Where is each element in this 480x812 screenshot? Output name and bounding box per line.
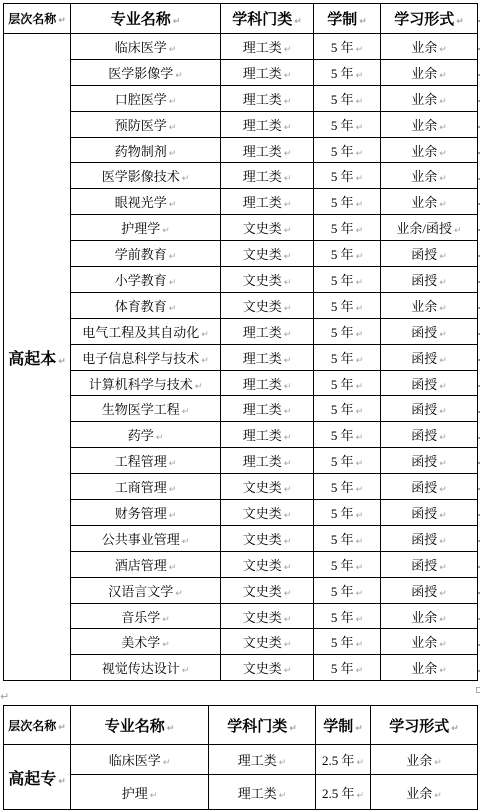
paragraph-mark-icon: ↵ — [163, 758, 171, 768]
table-row: 电气工程及其自动化↵理工类↵5 年↵函授↵ — [4, 318, 478, 344]
major-cell: 药学↵ — [71, 422, 221, 448]
paragraph-mark-icon: ↵ — [169, 459, 177, 469]
cell-text: 业余 — [411, 92, 437, 107]
cell-text: 业余 — [411, 610, 437, 625]
paragraph-mark-icon: ↵ — [284, 485, 292, 495]
paragraph-mark-icon: ↵ — [356, 791, 364, 801]
header-text: 学习形式 — [394, 12, 454, 28]
cell-text: 5 年 — [331, 480, 354, 495]
paragraph-mark-icon: ↵ — [169, 97, 177, 107]
category-cell: 理工类↵ — [221, 59, 314, 85]
paragraph-mark-icon: ↵ — [182, 174, 190, 184]
cell-text: 理工类 — [243, 169, 282, 184]
major-cell: 药物制剂↵ — [71, 137, 221, 163]
form-cell: 业余↵ — [381, 137, 478, 163]
paragraph-mark-icon: ↵ — [356, 615, 364, 625]
header-text: 学科门类 — [232, 12, 292, 28]
paragraph-mark-icon: ↵ — [169, 511, 177, 521]
header-cell-category: 学科门类↵ — [209, 706, 316, 745]
cell-text: 文史类 — [243, 480, 282, 495]
header-cell-form: 学习形式↵ — [371, 706, 478, 745]
paragraph-mark-icon: ↵ — [182, 666, 190, 676]
cell-text: 护理学 — [121, 221, 160, 236]
cell-text: 理工类 — [243, 351, 282, 366]
cell-text: 业余/函授 — [396, 221, 452, 236]
paragraph-mark-icon: ↵ — [162, 226, 170, 236]
cell-text: 业余 — [411, 299, 437, 314]
duration-cell: 5 年↵ — [314, 396, 381, 422]
cell-text: 业余 — [411, 195, 437, 210]
category-cell: 理工类↵ — [221, 318, 314, 344]
form-cell: 业余↵ — [381, 111, 478, 137]
header-text: 学习形式 — [389, 719, 449, 735]
paragraph-mark-icon: ↵ — [284, 226, 292, 236]
cell-text: 函授 — [411, 402, 437, 417]
form-cell: 业余↵ — [381, 85, 478, 111]
cell-text: 业余 — [411, 40, 437, 55]
duration-cell: 5 年↵ — [314, 34, 381, 60]
cell-text: 生物医学工程 — [102, 402, 180, 417]
cell-text: 5 年 — [331, 558, 354, 573]
header-text: 层次名称 — [8, 12, 56, 26]
paragraph-mark-icon: ↵ — [356, 45, 364, 55]
category-cell: 文史类↵ — [221, 474, 314, 500]
paragraph-mark-icon: ↵ — [284, 330, 292, 340]
table-row: 生物医学工程↵理工类↵5 年↵函授↵ — [4, 396, 478, 422]
paragraph-mark-icon: ↵ — [284, 511, 292, 521]
cell-text: 护理 — [122, 786, 148, 801]
cell-text: 高起本 — [8, 351, 56, 368]
paragraph-mark-icon: ↵ — [439, 589, 447, 599]
form-cell: 函授↵ — [381, 577, 478, 603]
cell-text: 函授 — [411, 532, 437, 547]
paragraph-mark-icon: ↵ — [439, 149, 447, 159]
cell-text: 文史类 — [243, 661, 282, 676]
paragraph-mark-icon: ↵ — [162, 615, 170, 625]
duration-cell: 5 年↵ — [314, 474, 381, 500]
table-row: 财务管理↵文史类↵5 年↵函授↵ — [4, 500, 478, 526]
paragraph-mark-icon: ↵ — [439, 252, 447, 262]
cell-text: 电气工程及其自动化 — [82, 325, 199, 340]
paragraph-mark-icon: ↵ — [201, 330, 209, 340]
header-cell-category: 学科门类↵ — [221, 4, 314, 34]
cell-text: 文史类 — [243, 299, 282, 314]
paragraph-mark-icon: ↵ — [439, 511, 447, 521]
paragraph-mark-icon: ↵ — [356, 537, 364, 547]
cell-text: 5 年 — [331, 402, 354, 417]
paragraph-mark-icon: ↵ — [439, 304, 447, 314]
cell-text: 5 年 — [331, 273, 354, 288]
paragraph-mark-icon: ↵ — [169, 45, 177, 55]
paragraph-mark-icon: ↵ — [356, 226, 364, 236]
paragraph-mark-icon: ↵ — [0, 690, 9, 703]
cell-text: 业余 — [406, 753, 432, 768]
paragraph-mark-icon: ↵ — [451, 724, 459, 734]
major-cell: 临床医学↵ — [71, 745, 209, 775]
paragraph-mark-icon: ↵ — [356, 356, 364, 366]
cell-text: 文史类 — [243, 506, 282, 521]
paragraph-mark-icon: ↵ — [356, 459, 364, 469]
cell-text: 5 年 — [331, 40, 354, 55]
cell-text: 函授 — [411, 273, 437, 288]
paragraph-mark-icon: ↵ — [439, 330, 447, 340]
form-cell: 函授↵ — [381, 267, 478, 293]
paragraph-mark-icon: ↵ — [175, 589, 183, 599]
duration-cell: 5 年↵ — [314, 655, 381, 681]
paragraph-mark-icon: ↵ — [356, 149, 364, 159]
paragraph-mark-icon: ↵ — [439, 407, 447, 417]
form-cell: 函授↵ — [381, 422, 478, 448]
paragraph-mark-icon: ↵ — [434, 791, 442, 801]
cell-text: 5 年 — [331, 532, 354, 547]
cell-text: 函授 — [411, 247, 437, 262]
duration-cell: 2.5 年↵ — [316, 775, 371, 810]
paragraph-mark-icon: ↵ — [284, 97, 292, 107]
paragraph-mark-icon: ↵ — [356, 485, 364, 495]
paragraph-mark-icon: ↵ — [169, 123, 177, 133]
major-cell: 财务管理↵ — [71, 500, 221, 526]
cell-text: 5 年 — [331, 635, 354, 650]
form-cell: 函授↵ — [381, 474, 478, 500]
paragraph-mark-icon: ↵ — [439, 485, 447, 495]
cell-text: 函授 — [411, 480, 437, 495]
major-cell: 护理学↵ — [71, 215, 221, 241]
cell-text: 5 年 — [331, 610, 354, 625]
paragraph-mark-icon: ↵ — [356, 252, 364, 262]
cell-text: 5 年 — [331, 428, 354, 443]
paragraph-mark-icon: ↵ — [439, 563, 447, 573]
paragraph-mark-icon: ↵ — [439, 666, 447, 676]
category-cell: 理工类↵ — [209, 745, 316, 775]
duration-cell: 5 年↵ — [314, 59, 381, 85]
paragraph-mark-icon: ↵ — [58, 16, 66, 26]
cell-text: 函授 — [411, 325, 437, 340]
category-cell: 理工类↵ — [221, 344, 314, 370]
paragraph-mark-icon: ↵ — [195, 382, 203, 392]
category-cell: 文史类↵ — [221, 655, 314, 681]
paragraph-mark-icon: ↵ — [156, 433, 164, 443]
paragraph-mark-icon: ↵ — [284, 433, 292, 443]
paragraph-mark-icon: ↵ — [169, 563, 177, 573]
table-body: 高起专↵临床医学↵理工类↵2.5 年↵业余↵护理↵理工类↵2.5 年↵业余↵ — [4, 745, 478, 810]
cell-text: 业余 — [406, 786, 432, 801]
paragraph-mark-icon: ↵ — [356, 758, 364, 768]
category-cell: 文史类↵ — [221, 292, 314, 318]
cell-text: 眼视光学 — [115, 195, 167, 210]
cell-text: 文史类 — [243, 558, 282, 573]
category-cell: 理工类↵ — [221, 396, 314, 422]
table-row: 医学影像学↵理工类↵5 年↵业余↵ — [4, 59, 478, 85]
cell-text: 理工类 — [243, 144, 282, 159]
table-row: 药物制剂↵理工类↵5 年↵业余↵ — [4, 137, 478, 163]
form-cell: 函授↵ — [381, 396, 478, 422]
paragraph-mark-icon: ↵ — [279, 758, 287, 768]
paragraph-mark-icon: ↵ — [284, 174, 292, 184]
cell-text: 音乐学 — [121, 610, 160, 625]
cell-text: 理工类 — [243, 195, 282, 210]
duration-cell: 5 年↵ — [314, 422, 381, 448]
level-cell: 高起本↵ — [4, 34, 71, 681]
paragraph-mark-icon: ↵ — [356, 278, 364, 288]
cell-text: 业余 — [411, 635, 437, 650]
category-cell: 理工类↵ — [221, 34, 314, 60]
header-text: 学科门类 — [227, 719, 287, 735]
header-row: 层次名称↵ 专业名称↵ 学科门类↵ 学制↵ 学习形式↵ — [4, 706, 478, 745]
paragraph-mark-icon: ↵ — [439, 356, 447, 366]
paragraph-mark-icon: ↵ — [284, 666, 292, 676]
paragraph-mark-icon: ↵ — [182, 407, 190, 417]
duration-cell: 5 年↵ — [314, 189, 381, 215]
major-cell: 学前教育↵ — [71, 241, 221, 267]
cell-text: 2.5 年 — [322, 753, 355, 768]
major-cell: 电子信息科学与技术↵ — [71, 344, 221, 370]
paragraph-mark-icon: ↵ — [356, 666, 364, 676]
major-cell: 计算机科学与技术↵ — [71, 370, 221, 396]
form-cell: 函授↵ — [381, 241, 478, 267]
category-cell: 理工类↵ — [221, 370, 314, 396]
paragraph-mark-icon: ↵ — [356, 304, 364, 314]
cell-text: 函授 — [411, 454, 437, 469]
paragraph-mark-icon: ↵ — [294, 17, 302, 27]
major-cell: 预防医学↵ — [71, 111, 221, 137]
paragraph-mark-icon: ↵ — [356, 382, 364, 392]
header-cell-duration: 学制↵ — [314, 4, 381, 34]
cell-text: 小学教育 — [115, 273, 167, 288]
cell-text: 理工类 — [243, 92, 282, 107]
table-row: 小学教育↵文史类↵5 年↵函授↵ — [4, 267, 478, 293]
category-cell: 文史类↵ — [221, 629, 314, 655]
cell-text: 文史类 — [243, 584, 282, 599]
cell-text: 理工类 — [243, 40, 282, 55]
paragraph-mark-icon: ↵ — [356, 511, 364, 521]
paragraph-mark-icon: ↵ — [284, 149, 292, 159]
paragraph-mark-icon: ↵ — [284, 252, 292, 262]
duration-cell: 5 年↵ — [314, 500, 381, 526]
duration-cell: 5 年↵ — [314, 85, 381, 111]
header-cell-major: 专业名称↵ — [71, 706, 209, 745]
paragraph-mark-icon: ↵ — [356, 97, 364, 107]
paragraph-mark-icon: ↵ — [284, 278, 292, 288]
major-cell: 视觉传达设计↵ — [71, 655, 221, 681]
duration-cell: 5 年↵ — [314, 577, 381, 603]
paragraph-mark-icon: ↵ — [356, 407, 364, 417]
paragraph-mark-icon: ↵ — [279, 791, 287, 801]
form-cell: 函授↵ — [381, 370, 478, 396]
paragraph-mark-icon: ↵ — [356, 563, 364, 573]
cell-text: 美术学 — [121, 635, 160, 650]
form-cell: 业余↵ — [381, 655, 478, 681]
cell-text: 5 年 — [331, 454, 354, 469]
paragraph-mark-icon: ↵ — [284, 356, 292, 366]
paragraph-mark-icon: ↵ — [439, 382, 447, 392]
paragraph-mark-icon: ↵ — [284, 563, 292, 573]
cell-text: 5 年 — [331, 144, 354, 159]
paragraph-mark-icon: ↵ — [356, 200, 364, 210]
major-cell: 美术学↵ — [71, 629, 221, 655]
paragraph-mark-icon: ↵ — [58, 777, 66, 787]
duration-cell: 5 年↵ — [314, 370, 381, 396]
paragraph-mark-icon: ↵ — [284, 589, 292, 599]
paragraph-mark-icon: ↵ — [173, 17, 181, 27]
major-cell: 口腔医学↵ — [71, 85, 221, 111]
form-cell: 函授↵ — [381, 318, 478, 344]
paragraph-mark-icon: ↵ — [439, 174, 447, 184]
paragraph-mark-icon: ↵ — [284, 71, 292, 81]
paragraph-mark-icon: ↵ — [355, 724, 363, 734]
cell-text: 业余 — [411, 66, 437, 81]
major-cell: 生物医学工程↵ — [71, 396, 221, 422]
cell-text: 5 年 — [331, 221, 354, 236]
paragraph-mark-icon: ↵ — [284, 640, 292, 650]
category-cell: 文史类↵ — [221, 551, 314, 577]
paragraph-mark-icon: ↵ — [169, 304, 177, 314]
table-row: 汉语言文学↵文史类↵5 年↵函授↵ — [4, 577, 478, 603]
cell-text: 文史类 — [243, 635, 282, 650]
form-cell: 业余↵ — [381, 34, 478, 60]
cell-text: 计算机科学与技术 — [89, 377, 193, 392]
paragraph-mark-icon: ↵ — [439, 123, 447, 133]
paragraph-mark-icon: ↵ — [284, 407, 292, 417]
form-cell: 函授↵ — [381, 500, 478, 526]
cell-text: 理工类 — [243, 454, 282, 469]
header-text: 学制 — [323, 719, 353, 735]
category-cell: 文史类↵ — [221, 241, 314, 267]
paragraph-mark-icon: ↵ — [456, 17, 464, 27]
cell-text: 业余 — [411, 144, 437, 159]
paragraph-mark-icon: ↵ — [169, 200, 177, 210]
category-cell: 文史类↵ — [221, 215, 314, 241]
paragraph-mark-icon: ↵ — [439, 45, 447, 55]
cell-text: 临床医学 — [115, 40, 167, 55]
form-cell: 业余↵ — [381, 603, 478, 629]
header-text: 学制 — [327, 12, 357, 28]
major-cell: 工程管理↵ — [71, 448, 221, 474]
paragraph-mark-icon: ↵ — [439, 97, 447, 107]
table-row: 酒店管理↵文史类↵5 年↵函授↵ — [4, 551, 478, 577]
table-gaoqizhuan: 层次名称↵ 专业名称↵ 学科门类↵ 学制↵ 学习形式↵ 高起专↵临床医学↵理工类… — [3, 705, 478, 810]
paragraph-mark-icon: ↵ — [439, 278, 447, 288]
paragraph-mark-icon: ↵ — [356, 71, 364, 81]
paragraph-mark-icon: ↵ — [284, 304, 292, 314]
paragraph-mark-icon: ↵ — [284, 45, 292, 55]
major-cell: 公共事业管理↵ — [71, 525, 221, 551]
major-cell: 音乐学↵ — [71, 603, 221, 629]
cell-text: 理工类 — [243, 118, 282, 133]
table-row: 体育教育↵文史类↵5 年↵业余↵ — [4, 292, 478, 318]
paragraph-mark-icon: ↵ — [289, 724, 297, 734]
cell-text: 5 年 — [331, 325, 354, 340]
cell-text: 药物制剂 — [115, 144, 167, 159]
cell-text: 学前教育 — [115, 247, 167, 262]
cell-text: 函授 — [411, 584, 437, 599]
paragraph-mark-icon: ↵ — [356, 640, 364, 650]
paragraph-mark-icon: ↵ — [150, 791, 158, 801]
paragraph-mark-icon: ↵ — [175, 71, 183, 81]
form-cell: 业余↵ — [381, 189, 478, 215]
paragraph-mark-icon: ↵ — [169, 278, 177, 288]
paragraph-mark-icon: ↵ — [439, 433, 447, 443]
category-cell: 文史类↵ — [221, 525, 314, 551]
duration-cell: 5 年↵ — [314, 448, 381, 474]
cell-text: 视觉传达设计 — [102, 661, 180, 676]
major-cell: 汉语言文学↵ — [71, 577, 221, 603]
header-cell-duration: 学制↵ — [316, 706, 371, 745]
major-cell: 工商管理↵ — [71, 474, 221, 500]
paragraph-mark-icon: ↵ — [169, 485, 177, 495]
cell-text: 5 年 — [331, 247, 354, 262]
paragraph-mark-icon: ↵ — [167, 724, 175, 734]
cell-text: 工程管理 — [115, 454, 167, 469]
form-cell: 业余/函授↵ — [381, 215, 478, 241]
cell-text: 理工类 — [243, 325, 282, 340]
category-cell: 理工类↵ — [221, 137, 314, 163]
cell-text: 理工类 — [243, 402, 282, 417]
form-cell: 业余↵ — [381, 163, 478, 189]
form-cell: 业余↵ — [381, 59, 478, 85]
category-cell: 理工类↵ — [221, 163, 314, 189]
paragraph-mark-icon: ↵ — [439, 459, 447, 469]
major-cell: 体育教育↵ — [71, 292, 221, 318]
major-cell: 电气工程及其自动化↵ — [71, 318, 221, 344]
table-row: 药学↵理工类↵5 年↵函授↵ — [4, 422, 478, 448]
paragraph-mark-icon: ↵ — [439, 71, 447, 81]
cell-text: 函授 — [411, 351, 437, 366]
cell-text: 医学影像学 — [108, 66, 173, 81]
form-cell: 业余↵ — [381, 629, 478, 655]
paragraph-mark-icon: ↵ — [284, 200, 292, 210]
header-cell-level: 层次名称↵ — [4, 706, 71, 745]
table-header: 层次名称↵ 专业名称↵ 学科门类↵ 学制↵ 学习形式↵ — [4, 4, 478, 34]
form-cell: 业余↵ — [381, 292, 478, 318]
paragraph-mark-icon: ↵ — [356, 123, 364, 133]
cell-text: 业余 — [411, 661, 437, 676]
form-cell: 业余↵ — [371, 745, 478, 775]
paragraph-mark-icon: ↵ — [58, 357, 66, 367]
form-cell: 业余↵ — [371, 775, 478, 810]
cell-text: 5 年 — [331, 377, 354, 392]
cell-text: 酒店管理 — [115, 558, 167, 573]
cell-text: 5 年 — [331, 66, 354, 81]
duration-cell: 5 年↵ — [314, 551, 381, 577]
table-row: 计算机科学与技术↵理工类↵5 年↵函授↵ — [4, 370, 478, 396]
major-cell: 酒店管理↵ — [71, 551, 221, 577]
major-cell: 医学影像技术↵ — [71, 163, 221, 189]
paragraph-mark-icon: ↵ — [182, 537, 190, 547]
paragraph-mark-icon: ↵ — [439, 200, 447, 210]
paragraph-mark-icon: ↵ — [359, 17, 367, 27]
paragraph-mark-icon: ↵ — [284, 459, 292, 469]
table-row: 高起本↵临床医学↵理工类↵5 年↵业余↵ — [4, 34, 478, 60]
duration-cell: 5 年↵ — [314, 137, 381, 163]
table-row: 预防医学↵理工类↵5 年↵业余↵ — [4, 111, 478, 137]
form-cell: 函授↵ — [381, 344, 478, 370]
cell-text: 电子信息科学与技术 — [82, 351, 199, 366]
table-row: 工商管理↵文史类↵5 年↵函授↵ — [4, 474, 478, 500]
document-page: 层次名称↵ 专业名称↵ 学科门类↵ 学制↵ 学习形式↵ 高起本↵临床医学↵理工类… — [0, 0, 480, 812]
header-row: 层次名称↵ 专业名称↵ 学科门类↵ 学制↵ 学习形式↵ — [4, 4, 478, 34]
duration-cell: 5 年↵ — [314, 163, 381, 189]
cell-text: 临床医学 — [109, 753, 161, 768]
cell-text: 函授 — [411, 506, 437, 521]
paragraph-mark-icon: ↵ — [356, 433, 364, 443]
cell-text: 5 年 — [331, 195, 354, 210]
category-cell: 理工类↵ — [221, 111, 314, 137]
paragraph-mark-icon: ↵ — [356, 589, 364, 599]
category-cell: 理工类↵ — [221, 448, 314, 474]
cell-text: 理工类 — [243, 66, 282, 81]
cell-text: 理工类 — [238, 753, 277, 768]
cell-text: 文史类 — [243, 610, 282, 625]
